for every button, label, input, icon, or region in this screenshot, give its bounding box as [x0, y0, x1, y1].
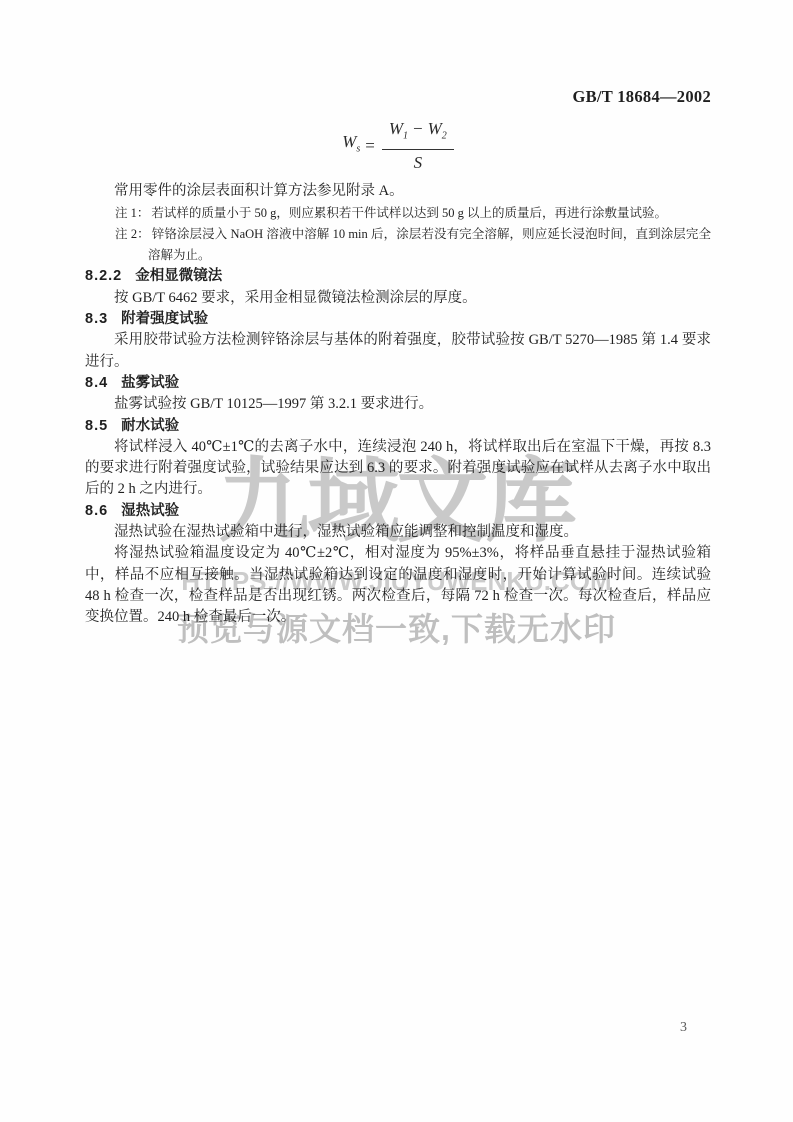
section-number: 8.4: [85, 375, 108, 391]
section-title: 附着强度试验: [121, 311, 208, 327]
page-number: 3: [680, 1020, 687, 1036]
formula-lhs: Ws: [342, 131, 360, 160]
section-8-3-heading: 8.3附着强度试验: [85, 309, 711, 330]
intro-paragraph: 常用零件的涂层表面积计算方法参见附录 A。: [85, 181, 711, 202]
section-8-5-heading: 8.5耐水试验: [85, 416, 711, 437]
note-2-label: 注 2：: [115, 227, 150, 241]
section-8-4: 8.4盐雾试验 盐雾试验按 GB/T 10125—1997 第 3.2.1 要求…: [85, 373, 711, 416]
note-2-text: 锌铬涂层浸入 NaOH 溶液中溶解 10 min 后，涂层若没有完全溶解，则应延…: [148, 227, 711, 262]
note-1-label: 注 1：: [115, 206, 149, 220]
formula-minus: −: [413, 119, 423, 138]
section-8-5: 8.5耐水试验 将试样浸入 40℃±1℃的去离子水中，连续浸泡 240 h，将试…: [85, 416, 711, 501]
formula-denominator: S: [414, 150, 423, 173]
section-title: 湿热试验: [121, 503, 179, 519]
section-8-5-paragraph: 将试样浸入 40℃±1℃的去离子水中，连续浸泡 240 h，将试样取出后在室温下…: [85, 437, 711, 501]
coating-mass-formula: Ws = W1−W2 S: [85, 121, 711, 169]
page-content: GB/T 18684—2002 Ws = W1−W2 S 常用零件的涂层表面积计…: [0, 0, 793, 629]
note-1: 注 1：若试样的质量小于 50 g，则应累积若干件试样以达到 50 g 以上的质…: [85, 203, 711, 224]
note-1-text: 若试样的质量小于 50 g，则应累积若干件试样以达到 50 g 以上的质量后，再…: [151, 206, 667, 220]
note-2: 注 2：锌铬涂层浸入 NaOH 溶液中溶解 10 min 后，涂层若没有完全溶解…: [85, 224, 711, 267]
section-8-2-2-paragraph: 按 GB/T 6462 要求，采用金相显微镜法检测涂层的厚度。: [85, 288, 711, 309]
section-8-6-paragraph-2: 将湿热试验箱温度设定为 40℃±2℃，相对湿度为 95%±3%，将样品垂直悬挂于…: [85, 543, 711, 628]
section-8-3: 8.3附着强度试验 采用胶带试验方法检测锌铬涂层与基体的附着强度，胶带试验按 G…: [85, 309, 711, 373]
section-8-6-heading: 8.6湿热试验: [85, 501, 711, 522]
section-number: 8.5: [85, 418, 108, 434]
standard-number-header: GB/T 18684—2002: [85, 86, 711, 107]
section-8-6-paragraph-1: 湿热试验在湿热试验箱中进行，湿热试验箱应能调整和控制温度和湿度。: [85, 522, 711, 543]
section-8-6: 8.6湿热试验 湿热试验在湿热试验箱中进行，湿热试验箱应能调整和控制温度和湿度。…: [85, 501, 711, 629]
section-8-4-paragraph: 盐雾试验按 GB/T 10125—1997 第 3.2.1 要求进行。: [85, 394, 711, 415]
section-title: 盐雾试验: [121, 375, 179, 391]
section-number: 8.6: [85, 503, 108, 519]
section-8-2-2: 8.2.2金相显微镜法 按 GB/T 6462 要求，采用金相显微镜法检测涂层的…: [85, 266, 711, 309]
section-8-4-heading: 8.4盐雾试验: [85, 373, 711, 394]
section-8-2-2-heading: 8.2.2金相显微镜法: [85, 266, 711, 287]
formula-fraction: W1−W2 S: [382, 118, 454, 173]
section-8-3-paragraph: 采用胶带试验方法检测锌铬涂层与基体的附着强度，胶带试验按 GB/T 5270—1…: [85, 330, 711, 373]
section-number: 8.2.2: [85, 268, 122, 284]
document-page: 九域文库 HTTPS://WWW.JIUYUWENKU.COM 预览与源文档一致…: [0, 0, 793, 1122]
section-title: 金相显微镜法: [135, 268, 222, 284]
section-number: 8.3: [85, 311, 108, 327]
formula-equals: =: [365, 135, 375, 156]
section-title: 耐水试验: [121, 418, 179, 434]
formula-numerator: W1−W2: [382, 118, 454, 150]
